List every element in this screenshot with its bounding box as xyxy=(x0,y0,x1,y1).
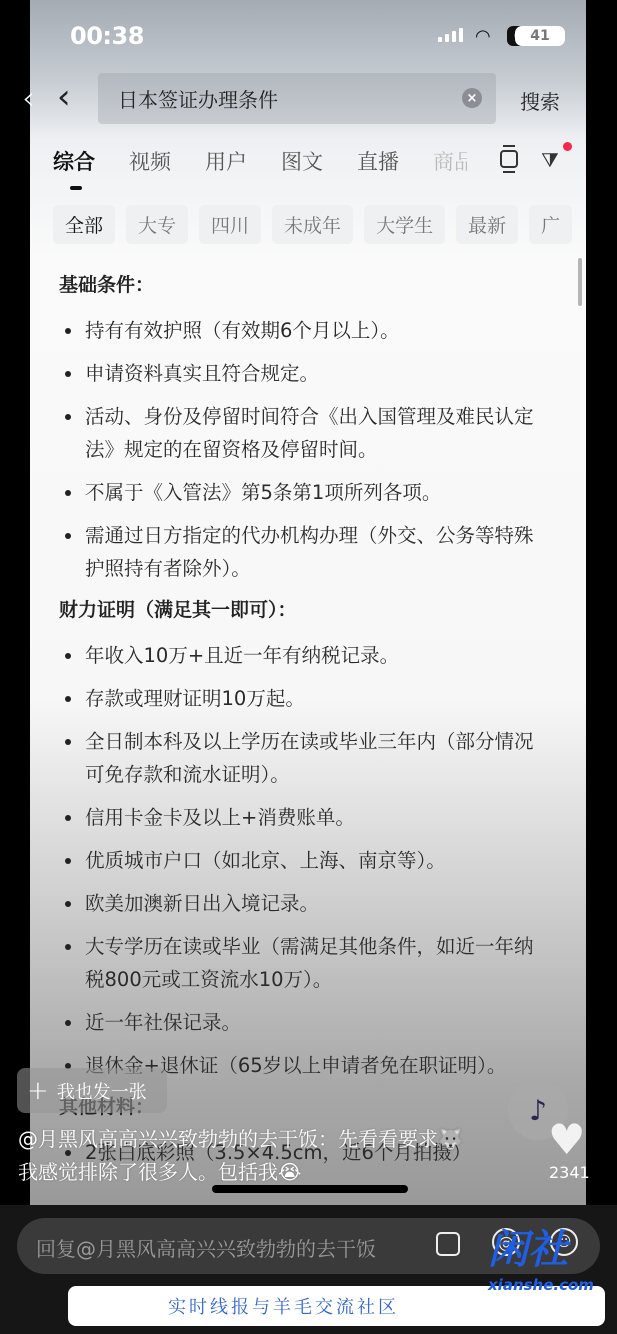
plus-icon: + xyxy=(27,1076,49,1106)
signal-icon xyxy=(438,28,463,42)
list-item: 不属于《入管法》第5条第1项所列各项。 xyxy=(59,476,549,509)
notification-dot xyxy=(563,142,572,151)
tab-goods[interactable]: 商品 xyxy=(433,146,467,176)
active-tab-indicator xyxy=(70,186,82,190)
like-icon[interactable]: ♥ xyxy=(548,1115,586,1164)
list-item: 优质城市户口（如北京、上海、南京等）。 xyxy=(59,844,549,877)
result-tabs: 综合 视频 用户 图文 直播 商品 xyxy=(53,146,467,176)
status-bar: 00:38 ◠ 6 41 xyxy=(0,0,617,70)
watermark-logo: 闲社 xianshe.com xyxy=(488,1228,594,1294)
chip-minor[interactable]: 未成年 xyxy=(272,205,353,244)
clear-icon[interactable]: × xyxy=(462,88,482,108)
chip-latest[interactable]: 最新 xyxy=(456,205,518,244)
tab-image-text[interactable]: 图文 xyxy=(281,146,323,176)
back-button[interactable]: ‹ xyxy=(57,80,71,114)
list-item: 近一年社保记录。 xyxy=(59,1006,549,1039)
list-item: 存款或理财证明10万起。 xyxy=(59,682,549,715)
tab-video[interactable]: 视频 xyxy=(129,146,171,176)
scrollbar[interactable] xyxy=(578,258,582,306)
section-title-basic: 基础条件： xyxy=(59,270,549,300)
watermark-en: xianshe.com xyxy=(488,1276,594,1294)
chip-sichuan[interactable]: 四川 xyxy=(199,205,261,244)
tab-live[interactable]: 直播 xyxy=(357,146,399,176)
post-too-button[interactable]: + 我也发一张 xyxy=(17,1068,167,1113)
tv-icon[interactable] xyxy=(500,150,518,168)
home-indicator xyxy=(212,1185,408,1193)
chip-junior-college[interactable]: 大专 xyxy=(126,205,188,244)
battery-icon: 41 xyxy=(515,26,565,46)
list-item: 大专学历在读或毕业（需满足其他条件，如近一年纳税800元或工资流水10万）。 xyxy=(59,930,549,996)
list-item: 持有有效护照（有效期6个月以上）。 xyxy=(59,314,549,347)
post-content: 基础条件： 持有有效护照（有效期6个月以上）。 申请资料真实且符合规定。 活动、… xyxy=(59,270,549,1179)
like-count: 2341 xyxy=(549,1163,590,1182)
list-item: 年收入10万+且近一年有纳税记录。 xyxy=(59,639,549,672)
banner-text: 实时线报与羊毛交流社区 xyxy=(168,1293,399,1319)
list-item: 欧美加澳新日出入境记录。 xyxy=(59,887,549,920)
wifi-icon: ◠ xyxy=(475,26,491,47)
post-too-label: 我也发一张 xyxy=(57,1078,147,1104)
reply-placeholder: 回复@月黑风高高兴兴致勃勃的去干饭 xyxy=(36,1233,376,1262)
search-button[interactable]: 搜索 xyxy=(520,86,560,115)
outer-back-icon[interactable]: ‹ xyxy=(22,82,35,114)
search-input[interactable]: 日本签证办理条件 × xyxy=(98,73,496,124)
search-query: 日本签证办理条件 xyxy=(118,84,278,113)
list-item: 需通过日方指定的代办机构办理（外交、公务等特殊护照持有者除外）。 xyxy=(59,519,549,585)
list-item: 活动、身份及停留时间符合《出入国管理及难民认定法》规定的在留资格及停留时间。 xyxy=(59,400,549,466)
filter-chips: 全部 大专 四川 未成年 大学生 最新 广 xyxy=(53,205,572,244)
comment-text: @月黑风高高兴兴致勃勃的去干饭：先看看要求🐺 我感觉排除了很多人。包括我😭 xyxy=(18,1123,518,1189)
section-title-financial: 财力证明（满足其一即可）： xyxy=(59,595,549,625)
comment-line-1: @月黑风高高兴兴致勃勃的去干饭：先看看要求🐺 xyxy=(18,1123,518,1156)
chip-college-student[interactable]: 大学生 xyxy=(364,205,445,244)
filter-icon[interactable]: ⧩ xyxy=(541,148,559,172)
tab-users[interactable]: 用户 xyxy=(205,146,247,176)
list-item: 全日制本科及以上学历在读或毕业三年内（部分情况可免存款和流水证明）。 xyxy=(59,725,549,791)
list-item: 申请资料真实且符合规定。 xyxy=(59,357,549,390)
tab-general[interactable]: 综合 xyxy=(53,146,95,176)
watermark-cn: 闲社 xyxy=(488,1228,594,1272)
status-time: 00:38 xyxy=(70,22,144,50)
chip-all[interactable]: 全部 xyxy=(53,205,115,244)
chip-more[interactable]: 广 xyxy=(529,205,572,244)
list-item: 信用卡金卡及以上+消费账单。 xyxy=(59,801,549,834)
image-icon[interactable] xyxy=(436,1232,460,1256)
